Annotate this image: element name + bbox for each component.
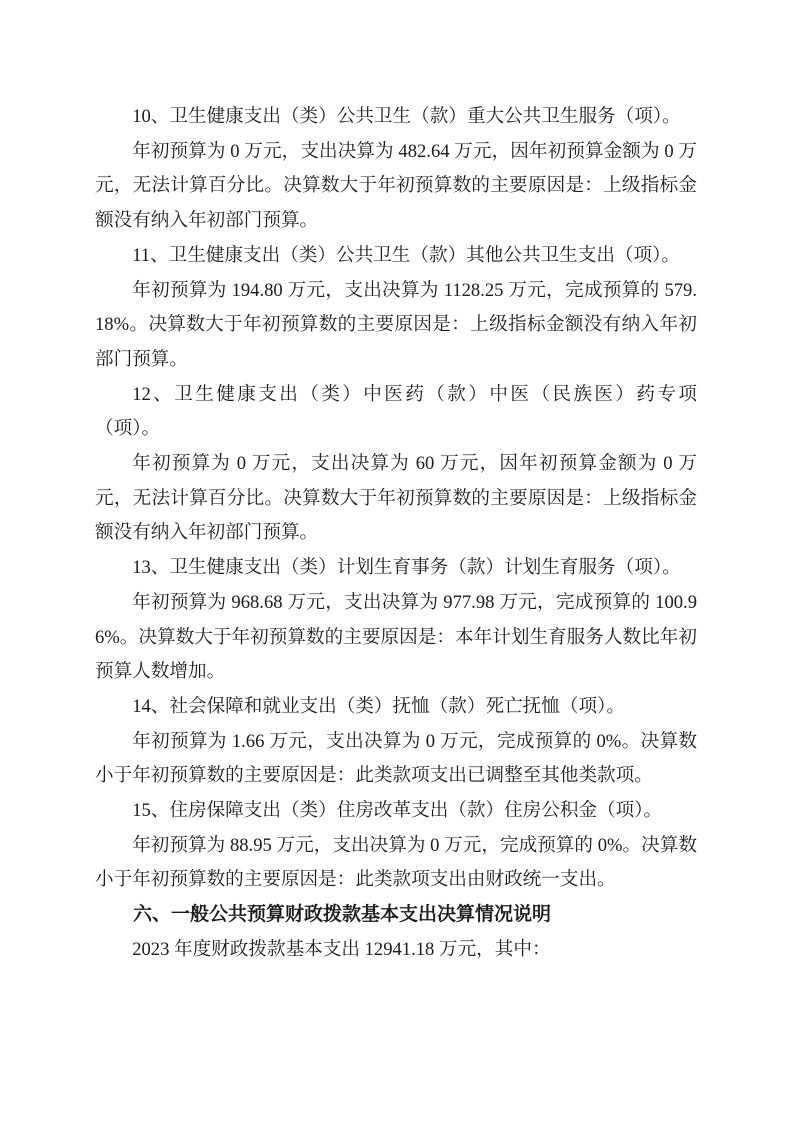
para-item-15-title: 15、住房保障支出（类）住房改革支出（款）住房公积金（项）。 xyxy=(95,794,697,829)
para-item-13-detail: 年初预算为 968.68 万元，支出决算为 977.98 万元，完成预算的 10… xyxy=(95,586,697,690)
para-item-10-title: 10、卫生健康支出（类）公共卫生（款）重大公共卫生服务（项）。 xyxy=(95,100,697,135)
para-item-10-detail: 年初预算为 0 万元，支出决算为 482.64 万元，因年初预算金额为 0 万元… xyxy=(95,135,697,239)
para-item-15-detail: 年初预算为 88.95 万元，支出决算为 0 万元，完成预算的 0%。决算数小于… xyxy=(95,829,697,898)
para-item-13-title: 13、卫生健康支出（类）计划生育事务（款）计划生育服务（项）。 xyxy=(95,551,697,586)
para-item-11-detail: 年初预算为 194.80 万元，支出决算为 1128.25 万元，完成预算的 5… xyxy=(95,274,697,378)
section-heading-basic-expenditure: 六、一般公共预算财政拨款基本支出决算情况说明 xyxy=(95,898,697,933)
para-item-14-detail: 年初预算为 1.66 万元，支出决算为 0 万元，完成预算的 0%。决算数小于年… xyxy=(95,725,697,794)
para-item-12-detail: 年初预算为 0 万元，支出决算为 60 万元，因年初预算金额为 0 万元，无法计… xyxy=(95,447,697,551)
document-page: 10、卫生健康支出（类）公共卫生（款）重大公共卫生服务（项）。 年初预算为 0 … xyxy=(0,0,793,1122)
document-text-block: 10、卫生健康支出（类）公共卫生（款）重大公共卫生服务（项）。 年初预算为 0 … xyxy=(95,100,697,968)
para-item-12-title: 12、卫生健康支出（类）中医药（款）中医（民族医）药专项（项）。 xyxy=(95,378,697,447)
para-item-11-title: 11、卫生健康支出（类）公共卫生（款）其他公共卫生支出（项）。 xyxy=(95,239,697,274)
para-basic-expenditure-summary: 2023 年度财政拨款基本支出 12941.18 万元，其中： xyxy=(95,933,697,968)
para-item-14-title: 14、社会保障和就业支出（类）抚恤（款）死亡抚恤（项）。 xyxy=(95,690,697,725)
